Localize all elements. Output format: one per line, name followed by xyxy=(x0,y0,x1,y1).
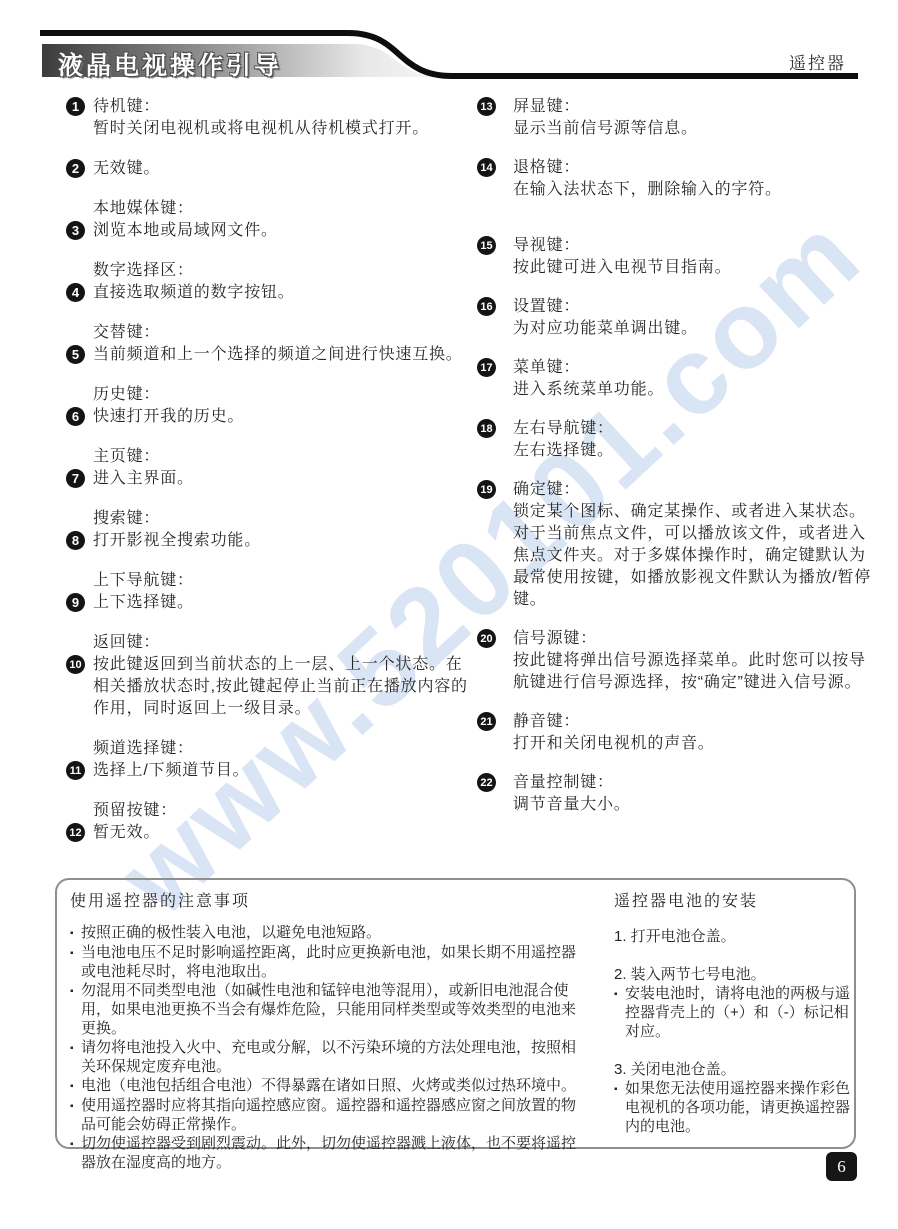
note-bullet-text: 切勿使遥控器受到剧烈震动。此外，切勿使遥控器溅上液体，也不要将遥控器放在湿度高的… xyxy=(81,1134,577,1172)
key-desc-line: 7 进入主界面。 xyxy=(66,468,470,490)
battery-step-text: 3. 关闭电池仓盖。 xyxy=(614,1060,854,1079)
note-bullet-item: 请勿将电池投入火中、充电或分解，以不污染环境的方法处理电池，按照相关环保规定废弃… xyxy=(70,1038,577,1076)
key-desc-line: 进入系统菜单功能。 xyxy=(477,379,875,401)
key-desc-line: 按此键将弹出信号源选择菜单。此时您可以按导航键进行信号源选择，按“确定”键进入信… xyxy=(477,650,875,694)
item-number-badge: 6 xyxy=(66,407,85,426)
key-desc-line: 12 暂无效。 xyxy=(66,822,470,844)
key-title: 屏显键： xyxy=(513,96,580,118)
remote-key-item: 16 设置键： 为对应功能菜单调出键。 xyxy=(477,296,875,340)
key-title-line: 18 左右导航键： xyxy=(477,418,875,440)
note-bullet-item: 勿混用不同类型电池（如碱性电池和锰锌电池等混用），或新旧电池混合使用，如果电池更… xyxy=(70,981,577,1038)
key-desc-line: 10 按此键返回到当前状态的上一层、上一个状态。在相关播放状态时,按此键起停止当… xyxy=(66,654,470,720)
key-desc-line: 打开和关闭电视机的声音。 xyxy=(477,733,875,755)
battery-install-section: 遥控器电池的安装 1. 打开电池仓盖。 2. 装入两节七号电池。 安装电池时，请… xyxy=(614,888,854,1136)
key-description: 上下选择键。 xyxy=(93,592,194,614)
key-desc-line: 3 浏览本地或局域网文件。 xyxy=(66,220,470,242)
remote-key-item: 上下导航键： 9 上下选择键。 xyxy=(66,570,470,614)
key-title: 上下导航键： xyxy=(93,570,194,592)
remote-key-item: 20 信号源键： 按此键将弹出信号源选择菜单。此时您可以按导航键进行信号源选择，… xyxy=(477,628,875,694)
battery-step-text: 2. 装入两节七号电池。 xyxy=(614,965,854,984)
note-bullet-text: 勿混用不同类型电池（如碱性电池和锰锌电池等混用），或新旧电池混合使用，如果电池更… xyxy=(81,981,577,1038)
key-title-line: 1 待机键： xyxy=(66,96,470,118)
remote-key-item: 预留按键： 12 暂无效。 xyxy=(66,800,470,844)
note-bullet-item: 电池（电池包括组合电池）不得暴露在诸如日照、火烤或类似过热环境中。 xyxy=(70,1076,577,1096)
battery-install-title: 遥控器电池的安装 xyxy=(614,888,854,911)
battery-step: 1. 打开电池仓盖。 xyxy=(614,927,854,946)
key-title: 历史键： xyxy=(93,384,160,406)
key-description: 打开和关闭电视机的声音。 xyxy=(513,733,715,755)
item-number-badge: 13 xyxy=(477,97,496,116)
key-description: 左右选择键。 xyxy=(513,440,614,462)
remote-key-item: 历史键： 6 快速打开我的历史。 xyxy=(66,384,470,428)
remote-key-item: 17 菜单键： 进入系统菜单功能。 xyxy=(477,357,875,401)
key-desc-line: 调节音量大小。 xyxy=(477,794,875,816)
key-desc-line: 为对应功能菜单调出键。 xyxy=(477,318,875,340)
key-title: 预留按键： xyxy=(93,800,177,822)
item-number-badge: 7 xyxy=(66,469,85,488)
key-title: 本地媒体键： xyxy=(93,198,194,220)
key-description: 锁定某个图标、确定某操作、或者进入某状态。对于当前焦点文件，可以播放该文件，或者… xyxy=(513,501,875,611)
battery-step: 3. 关闭电池仓盖。 如果您无法使用遥控器来操作彩色电视机的各项功能，请更换遥控… xyxy=(614,1060,854,1136)
key-description: 打开影视全搜索功能。 xyxy=(93,530,261,552)
key-title-line: 19 确定键： xyxy=(477,479,875,501)
key-desc-line: 6 快速打开我的历史。 xyxy=(66,406,470,428)
key-desc-line: 9 上下选择键。 xyxy=(66,592,470,614)
item-number-badge: 21 xyxy=(477,712,496,731)
item-number-badge: 8 xyxy=(66,531,85,550)
note-bullet-text: 安装电池时，请将电池的两极与遥控器背壳上的（+）和（-）标记相对应。 xyxy=(625,984,854,1041)
key-title: 信号源键： xyxy=(513,628,597,650)
item-number-badge: 17 xyxy=(477,358,496,377)
key-title: 返回键： xyxy=(93,632,160,654)
key-title-line: 频道选择键： xyxy=(66,738,470,760)
key-title-line: 预留按键： xyxy=(66,800,470,822)
note-bullet-item: 使用遥控器时应将其指向遥控感应窗。遥控器和遥控器感应窗之间放置的物品可能会妨碍正… xyxy=(70,1096,577,1134)
item-number-badge: 18 xyxy=(477,419,496,438)
remote-key-item: 22 音量控制键： 调节音量大小。 xyxy=(477,772,875,816)
key-title: 菜单键： xyxy=(513,357,580,379)
key-title: 左右导航键： xyxy=(513,418,614,440)
key-description: 调节音量大小。 xyxy=(513,794,631,816)
remote-key-item: 本地媒体键： 3 浏览本地或局域网文件。 xyxy=(66,198,470,242)
usage-notes-list: 按照正确的极性装入电池，以避免电池短路。 当电池电压不足时影响遥控距离，此时应更… xyxy=(70,923,577,1172)
key-title-line: 上下导航键： xyxy=(66,570,470,592)
key-description: 选择上/下频道节目。 xyxy=(93,760,249,782)
remote-key-item: 21 静音键： 打开和关闭电视机的声音。 xyxy=(477,711,875,755)
remote-key-item: 交替键： 5 当前频道和上一个选择的频道之间进行快速互换。 xyxy=(66,322,470,366)
key-title-line: 本地媒体键： xyxy=(66,198,470,220)
key-title-line: 13 屏显键： xyxy=(477,96,875,118)
key-description: 快速打开我的历史。 xyxy=(93,406,244,428)
key-title-line: 16 设置键： xyxy=(477,296,875,318)
remote-key-item: 1 待机键： 暂时关闭电视机或将电视机从待机模式打开。 xyxy=(66,96,470,140)
item-number-badge: 4 xyxy=(66,283,85,302)
key-title-line: 搜索键： xyxy=(66,508,470,530)
key-title: 数字选择区： xyxy=(93,260,194,282)
key-title: 待机键： xyxy=(93,96,160,118)
key-description: 按此键将弹出信号源选择菜单。此时您可以按导航键进行信号源选择，按“确定”键进入信… xyxy=(513,650,875,694)
remote-key-item: 18 左右导航键： 左右选择键。 xyxy=(477,418,875,462)
key-title: 音量控制键： xyxy=(513,772,614,794)
remote-key-item: 主页键： 7 进入主界面。 xyxy=(66,446,470,490)
key-title: 无效键。 xyxy=(93,158,160,180)
key-desc-line: 11 选择上/下频道节目。 xyxy=(66,760,470,782)
item-number-badge: 15 xyxy=(477,236,496,255)
key-description: 浏览本地或局域网文件。 xyxy=(93,220,278,242)
remote-key-item: 搜索键： 8 打开影视全搜索功能。 xyxy=(66,508,470,552)
key-desc-line: 8 打开影视全搜索功能。 xyxy=(66,530,470,552)
remote-key-item: 14 退格键： 在输入法状态下，删除输入的字符。 xyxy=(477,157,875,201)
key-title-line: 历史键： xyxy=(66,384,470,406)
battery-step: 2. 装入两节七号电池。 安装电池时，请将电池的两极与遥控器背壳上的（+）和（-… xyxy=(614,965,854,1041)
item-number-badge: 19 xyxy=(477,480,496,499)
item-number-badge: 22 xyxy=(477,773,496,792)
key-title: 确定键： xyxy=(513,479,580,501)
battery-steps-list: 1. 打开电池仓盖。 2. 装入两节七号电池。 安装电池时，请将电池的两极与遥控… xyxy=(614,927,854,1136)
key-description: 暂时关闭电视机或将电视机从待机模式打开。 xyxy=(93,118,429,140)
section-label: 遥控器 xyxy=(789,49,846,74)
key-title: 频道选择键： xyxy=(93,738,194,760)
key-title: 交替键： xyxy=(93,322,160,344)
key-title-line: 14 退格键： xyxy=(477,157,875,179)
key-title: 设置键： xyxy=(513,296,580,318)
remote-key-item: 2 无效键。 xyxy=(66,158,470,180)
note-bullet-item: 按照正确的极性装入电池，以避免电池短路。 xyxy=(70,923,577,943)
key-desc-line: 在输入法状态下，删除输入的字符。 xyxy=(477,179,875,201)
note-bullet-text: 请勿将电池投入火中、充电或分解，以不污染环境的方法处理电池，按照相关环保规定废弃… xyxy=(81,1038,577,1076)
note-bullet-text: 电池（电池包括组合电池）不得暴露在诸如日照、火烤或类似过热环境中。 xyxy=(81,1076,576,1096)
key-title-line: 21 静音键： xyxy=(477,711,875,733)
key-title-line: 2 无效键。 xyxy=(66,158,470,180)
key-title: 搜索键： xyxy=(93,508,160,530)
remote-key-item: 数字选择区： 4 直接选取频道的数字按钮。 xyxy=(66,260,470,304)
key-desc-line: 左右选择键。 xyxy=(477,440,875,462)
item-number-badge: 16 xyxy=(477,297,496,316)
key-description: 为对应功能菜单调出键。 xyxy=(513,318,698,340)
key-description: 暂无效。 xyxy=(93,822,160,844)
battery-step-text: 1. 打开电池仓盖。 xyxy=(614,927,854,946)
note-bullet-item: 如果您无法使用遥控器来操作彩色电视机的各项功能，请更换遥控器内的电池。 xyxy=(614,1079,854,1136)
page-title: 液晶电视操作引导 xyxy=(58,46,282,82)
key-list-left: 1 待机键： 暂时关闭电视机或将电视机从待机模式打开。 2 无效键。 本地媒体键… xyxy=(66,96,470,862)
manual-page: www.520101.com 液晶电视操作引导 遥控器 1 待机键： 暂时关闭电… xyxy=(0,0,898,1229)
key-title-line: 17 菜单键： xyxy=(477,357,875,379)
item-number-badge: 5 xyxy=(66,345,85,364)
remote-key-item: 频道选择键： 11 选择上/下频道节目。 xyxy=(66,738,470,782)
item-number-badge: 11 xyxy=(66,761,85,780)
key-title-line: 主页键： xyxy=(66,446,470,468)
key-title-line: 交替键： xyxy=(66,322,470,344)
item-number-badge: 14 xyxy=(477,158,496,177)
key-title-line: 20 信号源键： xyxy=(477,628,875,650)
key-description: 直接选取频道的数字按钮。 xyxy=(93,282,295,304)
key-desc-line: 4 直接选取频道的数字按钮。 xyxy=(66,282,470,304)
usage-notes-section: 使用遥控器的注意事项 按照正确的极性装入电池，以避免电池短路。 当电池电压不足时… xyxy=(70,888,577,1172)
item-number-badge: 2 xyxy=(66,159,85,178)
key-title-line: 返回键： xyxy=(66,632,470,654)
remote-key-item: 返回键： 10 按此键返回到当前状态的上一层、上一个状态。在相关播放状态时,按此… xyxy=(66,632,470,720)
item-number-badge: 10 xyxy=(66,655,85,674)
note-bullet-text: 按照正确的极性装入电池，以避免电池短路。 xyxy=(81,923,381,943)
remote-key-item: 19 确定键： 锁定某个图标、确定某操作、或者进入某状态。对于当前焦点文件，可以… xyxy=(477,479,875,611)
item-number-badge: 12 xyxy=(66,823,85,842)
key-description: 进入主界面。 xyxy=(93,468,194,490)
key-title-line: 数字选择区： xyxy=(66,260,470,282)
key-desc-line: 显示当前信号源等信息。 xyxy=(477,118,875,140)
key-description: 当前频道和上一个选择的频道之间进行快速互换。 xyxy=(93,344,463,366)
note-bullet-text: 当电池电压不足时影响遥控距离，此时应更换新电池，如果长期不用遥控器或电池耗尽时，… xyxy=(81,943,577,981)
key-desc-line: 暂时关闭电视机或将电视机从待机模式打开。 xyxy=(66,118,470,140)
key-list-right: 13 屏显键： 显示当前信号源等信息。 14 退格键： 在输入法状态下，删除输入… xyxy=(477,96,875,833)
notes-box: 使用遥控器的注意事项 按照正确的极性装入电池，以避免电池短路。 当电池电压不足时… xyxy=(55,878,856,1149)
note-bullet-item: 当电池电压不足时影响遥控距离，此时应更换新电池，如果长期不用遥控器或电池耗尽时，… xyxy=(70,943,577,981)
remote-key-item: 15 导视键： 按此键可进入电视节目指南。 xyxy=(477,235,875,279)
page-number-badge: 6 xyxy=(826,1152,857,1181)
item-number-badge: 3 xyxy=(66,221,85,240)
key-title-line: 15 导视键： xyxy=(477,235,875,257)
key-description: 显示当前信号源等信息。 xyxy=(513,118,698,140)
key-desc-line: 按此键可进入电视节目指南。 xyxy=(477,257,875,279)
key-desc-line: 锁定某个图标、确定某操作、或者进入某状态。对于当前焦点文件，可以播放该文件，或者… xyxy=(477,501,875,611)
note-bullet-item: 切勿使遥控器受到剧烈震动。此外，切勿使遥控器溅上液体，也不要将遥控器放在湿度高的… xyxy=(70,1134,577,1172)
key-title: 静音键： xyxy=(513,711,580,733)
note-bullet-text: 如果您无法使用遥控器来操作彩色电视机的各项功能，请更换遥控器内的电池。 xyxy=(625,1079,854,1136)
key-description: 按此键返回到当前状态的上一层、上一个状态。在相关播放状态时,按此键起停止当前正在… xyxy=(93,654,470,720)
key-title-line: 22 音量控制键： xyxy=(477,772,875,794)
item-number-badge: 9 xyxy=(66,593,85,612)
item-number-badge: 1 xyxy=(66,97,85,116)
key-desc-line: 5 当前频道和上一个选择的频道之间进行快速互换。 xyxy=(66,344,470,366)
key-title: 退格键： xyxy=(513,157,580,179)
key-description: 按此键可进入电视节目指南。 xyxy=(513,257,731,279)
key-title: 主页键： xyxy=(93,446,160,468)
note-bullet-text: 使用遥控器时应将其指向遥控感应窗。遥控器和遥控器感应窗之间放置的物品可能会妨碍正… xyxy=(81,1096,577,1134)
key-description: 进入系统菜单功能。 xyxy=(513,379,664,401)
key-title: 导视键： xyxy=(513,235,580,257)
item-number-badge: 20 xyxy=(477,629,496,648)
usage-notes-title: 使用遥控器的注意事项 xyxy=(70,888,577,911)
remote-key-item: 13 屏显键： 显示当前信号源等信息。 xyxy=(477,96,875,140)
note-bullet-item: 安装电池时，请将电池的两极与遥控器背壳上的（+）和（-）标记相对应。 xyxy=(614,984,854,1041)
key-description: 在输入法状态下，删除输入的字符。 xyxy=(513,179,782,201)
